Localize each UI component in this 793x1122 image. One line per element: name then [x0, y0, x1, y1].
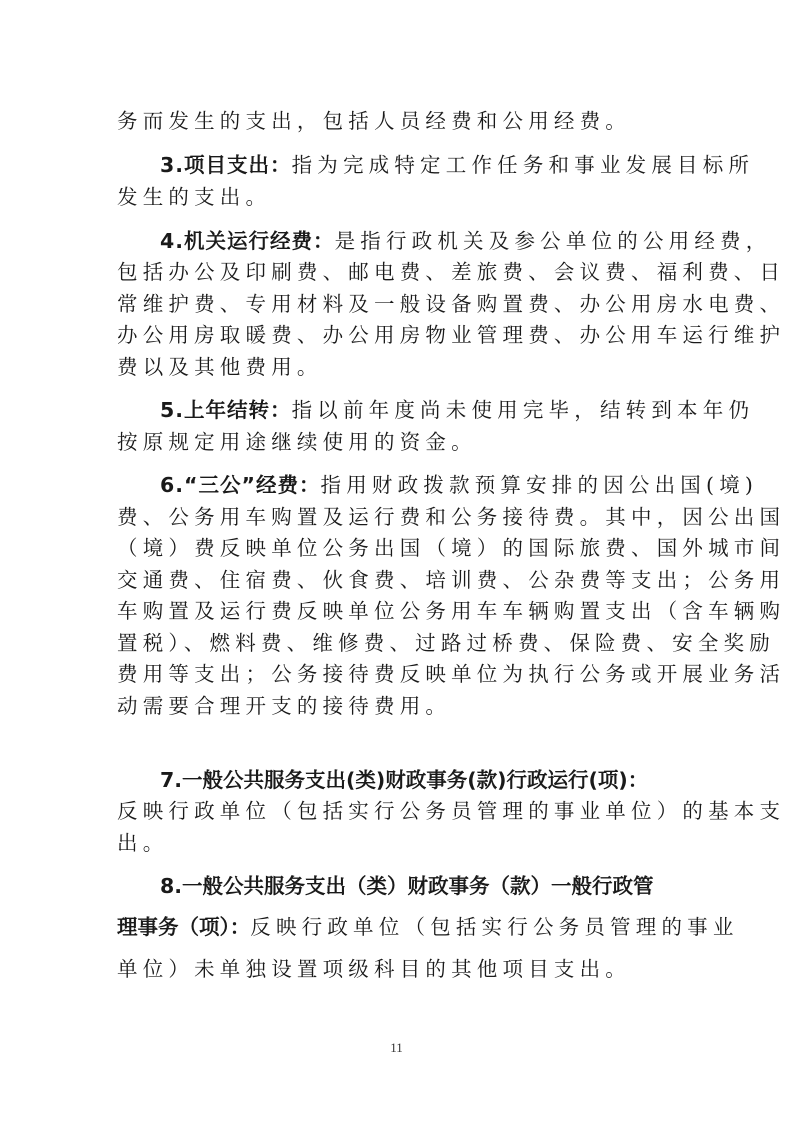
definition-item-6: 6.“三公”经费：指用财政拨款预算安排的因公出国(境): [160, 471, 720, 499]
definition-term: 4.机关运行经费：: [160, 229, 335, 253]
paragraph-line: 理事务（项）：反映行政单位（包括实行公务员管理的事业: [117, 913, 677, 941]
document-page: 务而发生的支出，包括人员经费和公用经费。 3.项目支出：指为完成特定工作任务和事…: [0, 0, 793, 1122]
definition-term: 7.一般公共服务支出(类)财政事务(款)行政运行(项)：: [160, 768, 648, 792]
paragraph-line: 车购置及运行费反映单位公务用车车辆购置支出（含车辆购: [117, 597, 677, 625]
paragraph-line: 置税）、燃料费、维修费、过路过桥费、保险费、安全奖励: [117, 629, 677, 657]
paragraph-line: 反映行政单位（包括实行公务员管理的事业单位）的基本支: [117, 797, 677, 825]
definition-item-7: 7.一般公共服务支出(类)财政事务(款)行政运行(项)：: [160, 766, 720, 794]
definition-term: 理事务（项）：: [117, 915, 250, 939]
definition-text: 指以前年度尚未使用完毕，结转到本年仍: [292, 398, 755, 422]
definition-item-5: 5.上年结转：指以前年度尚未使用完毕，结转到本年仍: [160, 396, 720, 424]
definition-item-4: 4.机关运行经费：是指行政机关及参公单位的公用经费，: [160, 227, 720, 255]
paragraph-line: 单位）未单独设置项级科目的其他项目支出。: [117, 955, 677, 983]
paragraph-line: 出。: [117, 829, 677, 857]
paragraph-line: 包括办公及印刷费、邮电费、差旅费、会议费、福利费、日: [117, 258, 677, 286]
paragraph-line: 费、公务用车购置及运行费和公务接待费。其中，因公出国: [117, 503, 677, 531]
paragraph-line: 常维护费、专用材料及一般设备购置费、办公用房水电费、: [117, 290, 677, 318]
paragraph-line: 交通费、住宿费、伙食费、培训费、公杂费等支出；公务用: [117, 566, 677, 594]
page-number: 11: [0, 1040, 793, 1056]
definition-text: 指为完成特定工作任务和事业发展目标所: [292, 153, 755, 177]
paragraph-line: 动需要合理开支的接待费用。: [117, 692, 677, 720]
definition-text: 是指行政机关及参公单位的公用经费，: [335, 229, 772, 253]
definition-term: 5.上年结转：: [160, 398, 292, 422]
definition-item-3: 3.项目支出：指为完成特定工作任务和事业发展目标所: [160, 151, 720, 179]
paragraph-line: 费以及其他费用。: [117, 353, 677, 381]
definition-term: 6.“三公”经费：: [160, 473, 321, 497]
definition-item-8: 8.一般公共服务支出（类）财政事务（款）一般行政管: [160, 872, 720, 900]
paragraph-line: 办公用房取暖费、办公用房物业管理费、办公用车运行维护: [117, 321, 677, 349]
paragraph-line: 按原规定用途继续使用的资金。: [117, 428, 677, 456]
definition-text: 指用财政拨款预算安排的因公出国(境): [321, 473, 759, 497]
definition-term: 3.项目支出：: [160, 153, 292, 177]
paragraph-line: 务而发生的支出，包括人员经费和公用经费。: [117, 107, 677, 135]
definition-term: 8.一般公共服务支出（类）财政事务（款）一般行政管: [160, 874, 654, 898]
paragraph-line: 发生的支出。: [117, 183, 677, 211]
paragraph-line: 费用等支出；公务接待费反映单位为执行公务或开展业务活: [117, 660, 677, 688]
paragraph-line: （境）费反映单位公务出国（境）的国际旅费、国外城市间: [117, 534, 677, 562]
definition-text: 反映行政单位（包括实行公务员管理的事业: [250, 915, 738, 939]
